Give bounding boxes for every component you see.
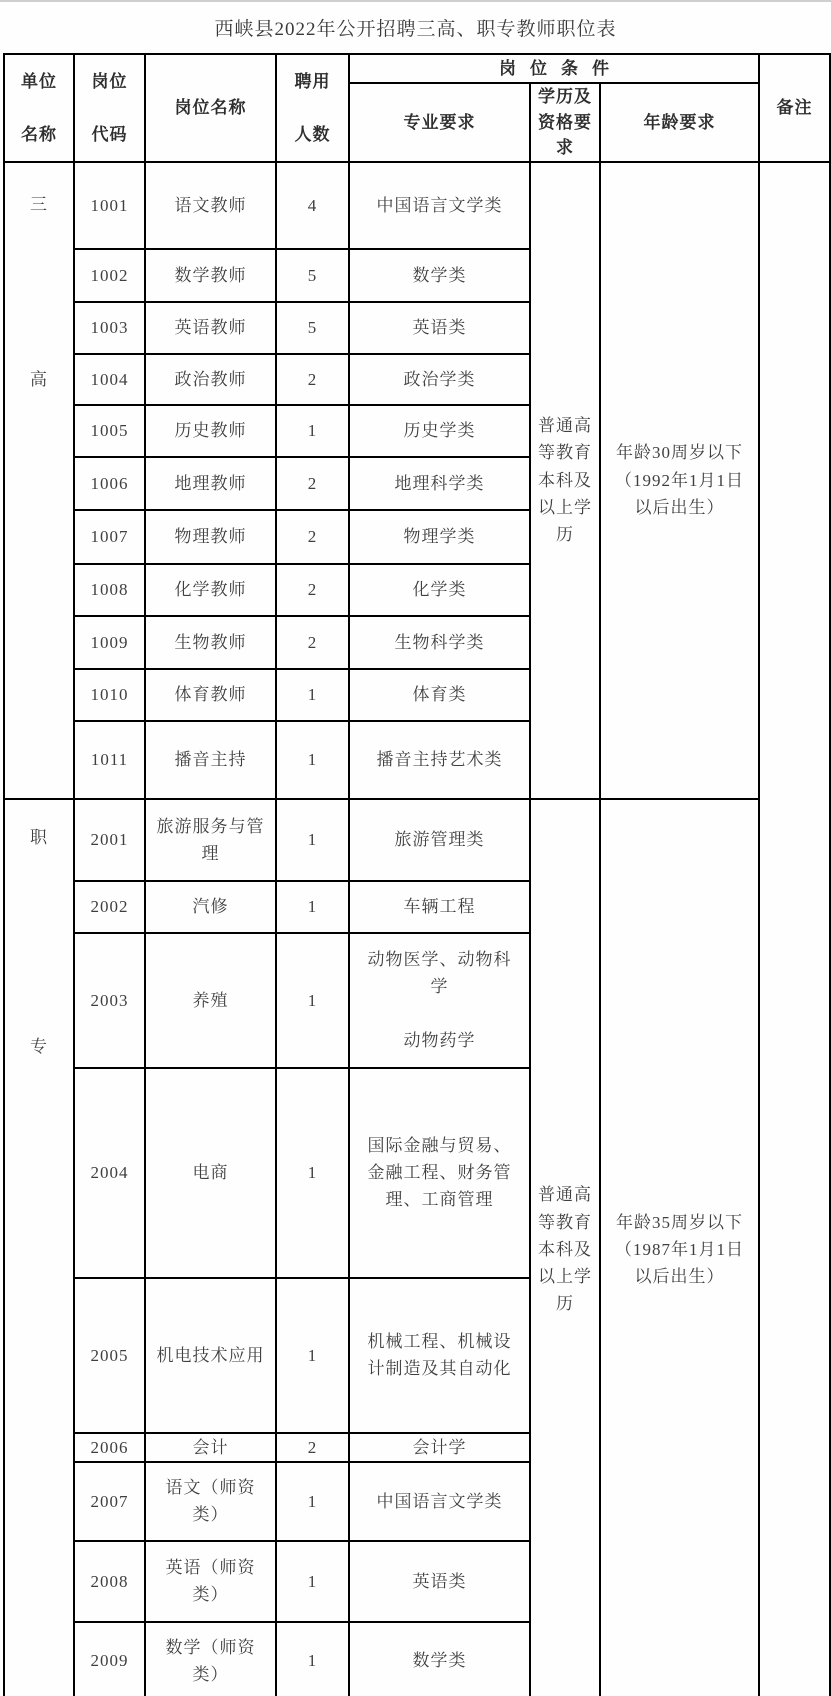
post-name-cell: 语文（师资类） <box>145 1462 276 1541</box>
post-name-cell: 体育教师 <box>145 669 276 721</box>
post-name-cell: 英语教师 <box>145 302 276 354</box>
page-title: 西峡县2022年公开招聘三高、职专教师职位表 <box>0 2 831 53</box>
post-code-cell: 2009 <box>74 1622 145 1696</box>
major-req-cell: 化学类 <box>349 564 530 616</box>
hire-count-cell: 1 <box>276 1068 349 1278</box>
post-name-cell: 语文教师 <box>145 162 276 249</box>
post-name-cell: 政治教师 <box>145 354 276 405</box>
hire-count-cell: 1 <box>276 881 349 933</box>
hire-count-cell: 1 <box>276 1462 349 1541</box>
hire-count-cell: 1 <box>276 721 349 799</box>
header-age-req: 年龄要求 <box>600 83 759 162</box>
header-post-code-line1: 岗位 <box>92 68 128 95</box>
header-post-code-line2: 代码 <box>92 121 128 148</box>
hire-count-cell: 2 <box>276 510 349 564</box>
major-req-cell: 体育类 <box>349 669 530 721</box>
table-header: 单位 名称 岗位 代码 岗位名称 聘用 人数 岗 <box>4 54 830 162</box>
post-code-cell: 1002 <box>74 249 145 302</box>
hire-count-cell: 2 <box>276 564 349 616</box>
unit-char: 高 <box>30 366 48 393</box>
hire-count-cell: 5 <box>276 302 349 354</box>
post-code-cell: 1009 <box>74 616 145 669</box>
post-name-cell: 物理教师 <box>145 510 276 564</box>
post-code-cell: 2005 <box>74 1278 145 1433</box>
unit-char: 专 <box>30 1033 48 1060</box>
hire-count-cell: 2 <box>276 457 349 510</box>
post-code-cell: 2006 <box>74 1433 145 1462</box>
post-code-cell: 2008 <box>74 1541 145 1622</box>
post-name-cell: 旅游服务与管理 <box>145 799 276 881</box>
age-req-cell: 年龄35周岁以下（1987年1月1日以后出生） <box>600 799 759 1696</box>
hire-count-cell: 1 <box>276 405 349 457</box>
post-code-cell: 1004 <box>74 354 145 405</box>
hire-count-cell: 4 <box>276 162 349 249</box>
post-code-cell: 1005 <box>74 405 145 457</box>
unit-char: 职 <box>30 824 48 851</box>
table-row: 三 高 1001 语文教师 4 中国语言文学类 普通高等教育本科及以上学历 年龄… <box>4 162 830 249</box>
hire-count-cell: 1 <box>276 669 349 721</box>
header-post-code: 岗位 代码 <box>74 54 145 162</box>
unit-cell-sangao: 三 高 <box>4 162 74 799</box>
post-code-cell: 2001 <box>74 799 145 881</box>
major-req-cell: 政治学类 <box>349 354 530 405</box>
major-req-cell: 物理学类 <box>349 510 530 564</box>
major-req-cell: 中国语言文学类 <box>349 162 530 249</box>
hire-count-cell: 1 <box>276 799 349 881</box>
major-req-cell: 动物医学、动物科学 动物药学 <box>349 933 530 1068</box>
post-name-cell: 电商 <box>145 1068 276 1278</box>
post-code-cell: 1006 <box>74 457 145 510</box>
header-major-req: 专业要求 <box>349 83 530 162</box>
age-req-cell: 年龄30周岁以下（1992年1月1日以后出生） <box>600 162 759 799</box>
major-req-cell: 机械工程、机械设计制造及其自动化 <box>349 1278 530 1433</box>
post-code-cell: 1007 <box>74 510 145 564</box>
jobs-table: 单位 名称 岗位 代码 岗位名称 聘用 人数 岗 <box>3 53 831 1696</box>
hire-count-cell: 2 <box>276 1433 349 1462</box>
header-unit-name-line1: 单位 <box>21 68 57 95</box>
post-code-cell: 1011 <box>74 721 145 799</box>
post-name-cell: 养殖 <box>145 933 276 1068</box>
hire-count-cell: 5 <box>276 249 349 302</box>
post-name-cell: 会计 <box>145 1433 276 1462</box>
header-hire-count: 聘用 人数 <box>276 54 349 162</box>
remarks-cell <box>759 162 830 1696</box>
post-code-cell: 2003 <box>74 933 145 1068</box>
post-name-cell: 生物教师 <box>145 616 276 669</box>
header-unit-name-line2: 名称 <box>21 121 57 148</box>
post-code-cell: 1010 <box>74 669 145 721</box>
hire-count-cell: 2 <box>276 616 349 669</box>
major-req-cell: 历史学类 <box>349 405 530 457</box>
header-hire-count-line1: 聘用 <box>295 68 331 95</box>
header-post-name: 岗位名称 <box>145 54 276 162</box>
hire-count-cell: 2 <box>276 354 349 405</box>
table-row: 职 专 2001 旅游服务与管理 1 旅游管理类 普通高等教育本科及以上学历 年… <box>4 799 830 881</box>
post-name-cell: 数学（师资类） <box>145 1622 276 1696</box>
post-name-cell: 播音主持 <box>145 721 276 799</box>
hire-count-cell: 1 <box>276 1278 349 1433</box>
post-name-cell: 汽修 <box>145 881 276 933</box>
post-code-cell: 1001 <box>74 162 145 249</box>
major-req-cell: 生物科学类 <box>349 616 530 669</box>
table-body: 三 高 1001 语文教师 4 中国语言文学类 普通高等教育本科及以上学历 年龄… <box>4 162 830 1696</box>
post-code-cell: 1003 <box>74 302 145 354</box>
major-req-cell: 旅游管理类 <box>349 799 530 881</box>
major-req-cell: 数学类 <box>349 249 530 302</box>
hire-count-cell: 1 <box>276 933 349 1068</box>
major-req-cell: 车辆工程 <box>349 881 530 933</box>
major-req-cell: 数学类 <box>349 1622 530 1696</box>
document-page: 西峡县2022年公开招聘三高、职专教师职位表 单位 名称 岗位 代码 <box>0 0 831 1696</box>
hire-count-cell: 1 <box>276 1622 349 1696</box>
header-unit-name: 单位 名称 <box>4 54 74 162</box>
unit-char: 三 <box>30 191 48 218</box>
major-req-cell: 播音主持艺术类 <box>349 721 530 799</box>
major-req-cell: 中国语言文学类 <box>349 1462 530 1541</box>
post-name-cell: 数学教师 <box>145 249 276 302</box>
major-req-cell: 国际金融与贸易、金融工程、财务管理、工商管理 <box>349 1068 530 1278</box>
hire-count-cell: 1 <box>276 1541 349 1622</box>
header-conditions-group: 岗位条件 <box>349 54 759 83</box>
header-hire-count-line2: 人数 <box>295 121 331 148</box>
post-name-cell: 机电技术应用 <box>145 1278 276 1433</box>
education-req-cell: 普通高等教育本科及以上学历 <box>530 799 600 1696</box>
header-edu-req: 学历及资格要求 <box>530 83 600 162</box>
major-req-cell: 英语类 <box>349 302 530 354</box>
header-remarks: 备注 <box>759 54 830 162</box>
major-req-cell: 地理科学类 <box>349 457 530 510</box>
major-req-cell: 会计学 <box>349 1433 530 1462</box>
post-name-cell: 化学教师 <box>145 564 276 616</box>
post-name-cell: 英语（师资类） <box>145 1541 276 1622</box>
post-name-cell: 历史教师 <box>145 405 276 457</box>
post-code-cell: 2007 <box>74 1462 145 1541</box>
post-code-cell: 1008 <box>74 564 145 616</box>
education-req-cell: 普通高等教育本科及以上学历 <box>530 162 600 799</box>
post-code-cell: 2004 <box>74 1068 145 1278</box>
major-req-cell: 英语类 <box>349 1541 530 1622</box>
unit-cell-zhizhuan: 职 专 <box>4 799 74 1696</box>
post-name-cell: 地理教师 <box>145 457 276 510</box>
post-code-cell: 2002 <box>74 881 145 933</box>
